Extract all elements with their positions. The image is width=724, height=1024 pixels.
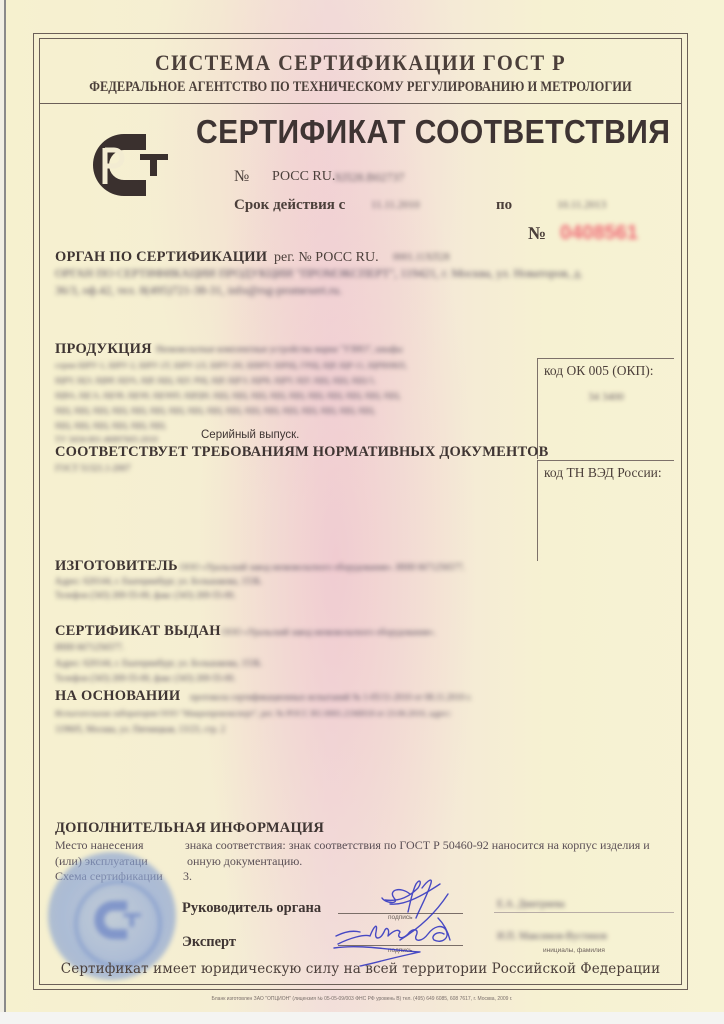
stamp-rst-logo-icon [90,898,142,942]
basis-line-2: Испытательная лаборатория ООО "Макропром… [55,706,452,722]
product-line-1: Низковольтные комплектные устройства мар… [156,342,403,358]
legal-validity-statement: Сертификат имеет юридическую силу на все… [39,961,682,977]
serial-release: Серийный выпуск. [201,429,299,441]
valid-to: 10.11.2013 [557,199,606,211]
head-name-line [494,912,674,913]
name-caption: инициалы, фамилия [543,947,605,954]
additional-info-label: ДОПОЛНИТЕЛЬНАЯ ИНФОРМАЦИЯ [55,820,324,837]
agency-name: ФЕДЕРАЛЬНОЕ АГЕНТСТВО ПО ТЕХНИЧЕСКОМУ РЕ… [84,79,637,96]
okp-code-box: код ОК 005 (ОКП): 34 3400 [537,358,674,459]
header-divider [39,103,682,104]
head-name: Е.А. Дмитриева [497,897,565,913]
head-label: Руководитель органа [182,900,321,917]
additional-line-1-start: Место нанесения [55,837,144,853]
manufacturer-label: ИЗГОТОВИТЕЛЬ [55,558,178,575]
manufacturer-line-3: Телефон (343) 269-55-00, факс (343) 269-… [55,588,236,604]
number-prefix: РОСС RU. [272,169,335,185]
reg-number: 0001.11ХП28 [393,252,450,263]
issued-to-line-3: Адрес: 620144, г. Екатеринбург, ул. Боль… [55,656,262,672]
issued-to-label: СЕРТИФИКАТ ВЫДАН [55,623,221,640]
signatures-ink [330,874,500,970]
to-label: по [496,197,512,214]
product-line-2: серии ШРУ-1, ШРУ-2, ШРУ-2Т, ШРУ-2Л, ШРУ-… [55,358,407,374]
printer-imprint: Бланк изготовлен ЗАО "ОПЦИОН" (лицензия … [0,996,724,1002]
product-label: ПРОДУКЦИЯ [55,341,152,358]
okp-label: код ОК 005 (ОКП): [544,363,653,379]
product-line-4: ЩВА, ЩСА, ЩОВ, ЩОН, ЩОНП, ЩРДН, ЩЦ, ЩЦ, … [55,388,401,404]
number-sign: № [234,168,249,186]
certification-body-line-2: 36/3, оф.42, тел. 8(495)721-38-31, info@… [55,283,342,299]
valid-from: 11.11.2010 [371,199,420,211]
okp-value: 34 3400 [538,391,674,403]
certificate-title: СЕРТИФИКАТ СООТВЕТСТВИЯ [196,113,670,151]
form-number: 0408561 [560,222,638,245]
additional-line-2-end: онную документацию. [187,853,302,869]
validity-label: Срок действия с [234,197,345,214]
additional-line-1-end: знака соответствия: знак соответствия по… [185,837,650,853]
issued-to-line-1: ООО «Уральский завод низковольтного обор… [222,625,436,641]
reg-label: рег. № РОСС RU. [274,250,379,266]
expert-label: Эксперт [182,934,236,951]
form-number-sign: № [528,223,546,244]
issued-to-line-2: ИНН 6671256577. [55,640,124,656]
additional-line-3-end: 3. [183,868,192,884]
expert-name: И.П. Максимов-Вустинов [497,929,607,945]
scan-margin [0,1012,724,1024]
certification-body-label: ОРГАН ПО СЕРТИФИКАЦИИ [55,249,267,266]
issued-to-line-4: Телефон (343) 269-55-00, факс (343) 269-… [55,671,236,687]
basis-line-3: 119605, Москва, ул. Пятницкая, 13/23, ст… [55,722,225,738]
tnved-label: код ТН ВЭД России: [544,465,662,481]
product-line-3: ЩРУ, ЩЭ, ЩВР, ЩУА, ЩР, ЩЦ, ЩУ, РЩ, ЩР, Щ… [55,373,376,389]
basis-line-1: протокола сертификационных испытаний № 1… [190,690,472,706]
rst-logo-icon [86,132,170,198]
conformity-standard: ГОСТ 51321.1-2007 [55,461,131,477]
system-title: СИСТЕМА СЕРТИФИКАЦИИ ГОСТ Р [62,50,660,76]
conformity-label: СООТВЕТСТВУЕТ ТРЕБОВАНИЯМ НОРМАТИВНЫХ ДО… [55,444,549,461]
certificate-number: ХП28.В02737 [334,170,404,185]
certification-body-line-1: ОРГАН ПО СЕРТИФИКАЦИИ ПРОДУКЦИИ "ПРОМЭКС… [55,266,583,282]
basis-label: НА ОСНОВАНИИ [55,688,180,705]
product-line-5: ЩЦ, ЩЦ, ЩЦ, ЩЦ, ЩЦ, ЩЦ, ЩЦ, ЩЦ, ЩЦ, ЩЦ, … [55,403,375,419]
tnved-code-box: код ТН ВЭД России: [537,460,674,561]
